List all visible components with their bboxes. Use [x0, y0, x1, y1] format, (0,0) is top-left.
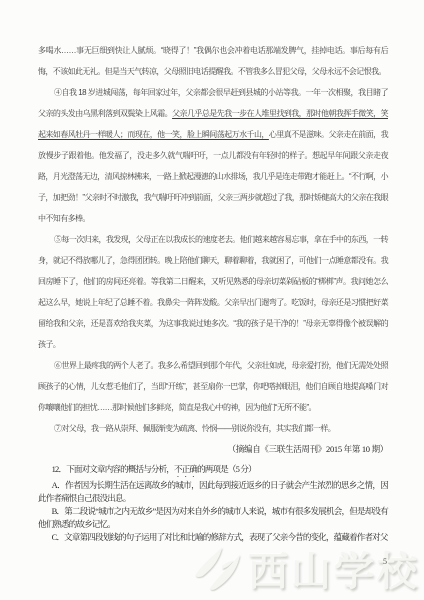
question-12-stem-pre: 12．下面对文章内容的概括与分析，	[52, 464, 174, 474]
question-12-stem: 12．下面对文章内容的概括与分析，不正确的两项是（5 分）	[38, 463, 388, 479]
paragraph-4: ④自我 18 岁进城闯荡，每年回家过年，父亲都会很早赶到县城的小站等我。一年一次…	[38, 82, 388, 229]
page-number: 5	[383, 557, 387, 566]
exam-page: 多喝水……事无巨细到快让人腻烦。“晓得了！”我偶尔也会冲着电话那端发脾气，挂掉电…	[0, 0, 424, 600]
school-logo-icon	[192, 543, 244, 600]
page-content: 多喝水……事无巨细到快让人腻烦。“晓得了！”我偶尔也会冲着电话那端发脾气，挂掉电…	[38, 40, 388, 544]
reading-passage: 多喝水……事无巨细到快让人腻烦。“晓得了！”我偶尔也会冲着电话那端发脾气，挂掉电…	[38, 40, 388, 439]
paragraph-4-post: 心里真不是滋味。父亲走在前面，我放慢步子跟着他。他发福了，没走多久就气喘吁吁，一…	[38, 130, 388, 223]
question-12-stem-emphasis: 不正确	[174, 464, 197, 474]
option-b: B．第二段说“城市之内无故乡”是因为对来自外乡的城市人来说，城市有很多发展机会，…	[38, 505, 388, 531]
source-attribution: （摘编自《三联生活周刊》2015 年第 10 期）	[38, 439, 388, 460]
option-c: C．文章第四段划线的句子运用了对比和比喻的修辞方式，表现了父亲今昔的变化，蕴藏着…	[38, 531, 388, 544]
paragraph-3-continuation: 多喝水……事无巨细到快让人腻烦。“晓得了！”我偶尔也会冲着电话那端发脾气，挂掉电…	[38, 40, 388, 82]
question-12-stem-post: 的两项是（5 分）	[197, 464, 256, 474]
paragraph-6: ⑥世界上最疼我的两个人老了。我多么希望回到那个年代，父亲壮如虎，母亲爱打扮，他们…	[38, 355, 388, 418]
watermark: 西山学校	[192, 543, 420, 600]
watermark-school-name: 西山学校	[248, 544, 420, 600]
paragraph-7: ⑦对父母，我一路从崇拜、佩服渐变为疏离、怜悯——别说你没有，其实我们都一样。	[38, 418, 388, 439]
option-a: A．作者因为长期生活在远离故乡的城市，因此每到接近返乡的日子就会产生浓烈的思乡之…	[38, 479, 388, 505]
paragraph-5: ⑤每一次归来，我发现，父母正在以我成长的速度老去。他们越来越容易忘事，拿在手中的…	[38, 229, 388, 355]
question-section: 12．下面对文章内容的概括与分析，不正确的两项是（5 分） A．作者因为长期生活…	[38, 463, 388, 544]
